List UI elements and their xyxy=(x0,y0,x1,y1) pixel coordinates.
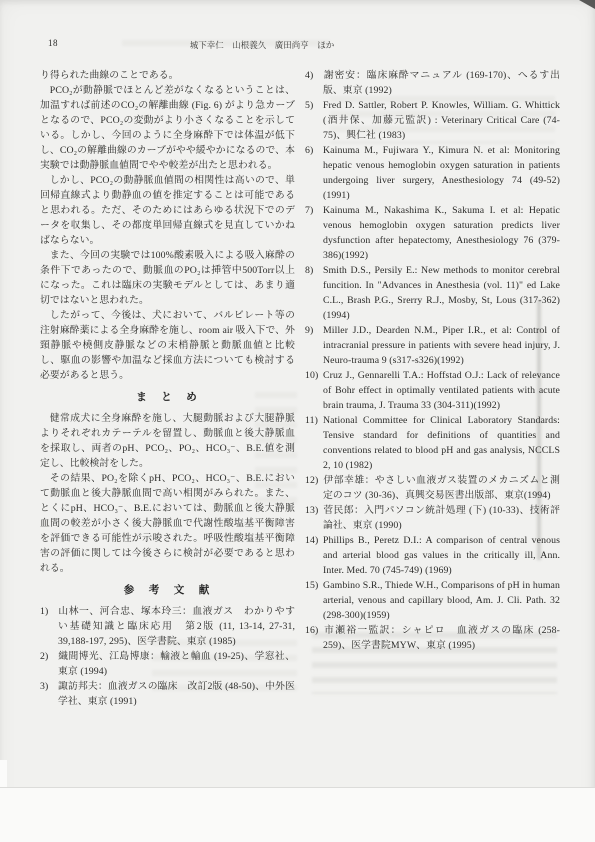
reference-item: 9)Miller J.D., Dearden N.M., Piper I.R.,… xyxy=(305,323,560,368)
reference-text: National Committee for Clinical Laborato… xyxy=(323,415,560,471)
reference-number: 9) xyxy=(305,323,323,338)
reference-number: 14) xyxy=(305,533,323,548)
left-column: り得られた曲線のことである。 PCO₂が動静脈でほとんど差がなくなるということは… xyxy=(40,68,295,709)
reference-number: 8) xyxy=(305,263,323,278)
summary-paragraph: 健常成犬に全身麻酔を施し、大腿動脈および大腿静脈よりそれぞれカテーテルを留置し、… xyxy=(40,411,295,471)
reference-number: 13) xyxy=(305,503,323,518)
reference-text: 市瀬裕一監訳：シャピロ 血液ガスの臨床 (258-259)、医学書院MYW、東京… xyxy=(323,625,560,651)
running-header: 18 城下幸仁 山根義久 廣田尚亨 ほか xyxy=(0,38,595,56)
two-column-body: り得られた曲線のことである。 PCO₂が動静脈でほとんど差がなくなるということは… xyxy=(40,68,561,709)
reference-text: Cruz J., Gennarelli T.A.: Hoffstad O.J.:… xyxy=(323,370,560,411)
reference-number: 1) xyxy=(40,604,58,619)
scan-bottom-margin xyxy=(0,787,595,842)
running-head-authors: 城下幸仁 山根義久 廣田尚亨 ほか xyxy=(190,39,335,51)
discussion-paragraph: したがって、今後は、犬において、バルビレート等の注射麻酔薬による全身麻酔を施し、… xyxy=(40,308,295,383)
reference-item: 11)National Committee for Clinical Labor… xyxy=(305,413,560,473)
discussion-paragraph: しかし、PCO₂の動静脈血値間の相関性は高いので、単回帰直線式より動静血の値を推… xyxy=(40,173,295,248)
reference-number: 10) xyxy=(305,368,323,383)
reference-text: 謝密安：臨床麻酔マニュアル (169-170)、へるす出版、東京 (1992) xyxy=(323,70,560,96)
discussion-paragraph: また、今回の実験では100%酸素吸入による吸入麻酔の条件下であったので、動脈血の… xyxy=(40,248,295,308)
reference-item: 6)Kainuma M., Fujiwara Y., Kimura N. et … xyxy=(305,143,560,203)
reference-number: 4) xyxy=(305,68,323,83)
reference-text: 織間博光、江島博康：輸液と輸血 (19-25)、学窓社、東京 (1994) xyxy=(58,651,295,677)
reference-text: 菅民郎：入門パソコン統計処理 (下) (10-33)、技術評論社、東京 (199… xyxy=(323,505,560,531)
reference-item: 5)Fred D. Sattler, Robert P. Knowles, Wi… xyxy=(305,98,560,143)
reference-number: 11) xyxy=(305,413,323,428)
reference-number: 6) xyxy=(305,143,323,158)
reference-item: 14)Phillips B., Peretz D.I.: A compariso… xyxy=(305,533,560,578)
reference-text: 諏訪邦夫：血液ガスの臨床 改訂2版 (48-50)、中外医学社、東京 (1991… xyxy=(58,681,295,707)
reference-text: 伊部幸雄：やさしい血液ガス装置のメカニズムと測定のコツ (30-36)、真興交易… xyxy=(323,475,560,501)
scan-corner-artifact xyxy=(579,0,595,9)
reference-item: 1)山林一、河合忠、塚本玲三：血液ガス わかりやすい基礎知識と臨床応用 第2版 … xyxy=(40,604,295,649)
reference-number: 2) xyxy=(40,649,58,664)
discussion-paragraph: り得られた曲線のことである。 xyxy=(40,68,295,83)
reference-text: Kainuma M., Nakashima K., Sakuma I. et a… xyxy=(323,205,560,261)
reference-item: 12)伊部幸雄：やさしい血液ガス装置のメカニズムと測定のコツ (30-36)、真… xyxy=(305,473,560,503)
reference-number: 7) xyxy=(305,203,323,218)
references-heading: 参 考 文 献 xyxy=(40,583,295,598)
discussion-paragraph: PCO₂が動静脈でほとんど差がなくなるということは、加温すれば前述のCO₂の解離… xyxy=(40,83,295,173)
reference-item: 10)Cruz J., Gennarelli T.A.: Hoffstad O.… xyxy=(305,368,560,413)
reference-text: Phillips B., Peretz D.I.: A comparison o… xyxy=(323,535,560,576)
reference-text: 山林一、河合忠、塚本玲三：血液ガス わかりやすい基礎知識と臨床応用 第2版 (1… xyxy=(58,606,295,647)
reference-text: Miller J.D., Dearden N.M., Piper I.R., e… xyxy=(323,325,560,366)
reference-item: 3)諏訪邦夫：血液ガスの臨床 改訂2版 (48-50)、中外医学社、東京 (19… xyxy=(40,679,295,709)
reference-number: 3) xyxy=(40,679,58,694)
reference-text: Fred D. Sattler, Robert P. Knowles, Will… xyxy=(323,100,560,141)
reference-item: 13)菅民郎：入門パソコン統計処理 (下) (10-33)、技術評論社、東京 (… xyxy=(305,503,560,533)
reference-item: 7)Kainuma M., Nakashima K., Sakuma I. et… xyxy=(305,203,560,263)
reference-item: 16)市瀬裕一監訳：シャピロ 血液ガスの臨床 (258-259)、医学書院MYW… xyxy=(305,623,560,653)
reference-text: Smith D.S., Persily E.: New methods to m… xyxy=(323,265,560,321)
reference-number: 15) xyxy=(305,578,323,593)
summary-paragraph: その結果、PO₂を除くpH、PCO₂、HCO₃⁻、B.E.において動脈血と後大静… xyxy=(40,471,295,576)
reference-item: 15)Gambino S.R., Thiede W.H., Comparison… xyxy=(305,578,560,623)
reference-number: 16) xyxy=(305,623,323,638)
right-column: 4)謝密安：臨床麻酔マニュアル (169-170)、へるす出版、東京 (1992… xyxy=(305,68,560,709)
reference-number: 12) xyxy=(305,473,323,488)
summary-heading: ま と め xyxy=(40,390,295,405)
reference-text: Kainuma M., Fujiwara Y., Kimura N. et al… xyxy=(323,145,560,201)
reference-item: 4)謝密安：臨床麻酔マニュアル (169-170)、へるす出版、東京 (1992… xyxy=(305,68,560,98)
page-number: 18 xyxy=(48,38,58,48)
reference-text: Gambino S.R., Thiede W.H., Comparisons o… xyxy=(323,580,560,621)
reference-item: 8)Smith D.S., Persily E.: New methods to… xyxy=(305,263,560,323)
reference-number: 5) xyxy=(305,98,323,113)
reference-item: 2)織間博光、江島博康：輸液と輸血 (19-25)、学窓社、東京 (1994) xyxy=(40,649,295,679)
journal-page: 18 城下幸仁 山根義久 廣田尚亨 ほか り得られた曲線のことである。 PCO₂… xyxy=(0,0,595,842)
